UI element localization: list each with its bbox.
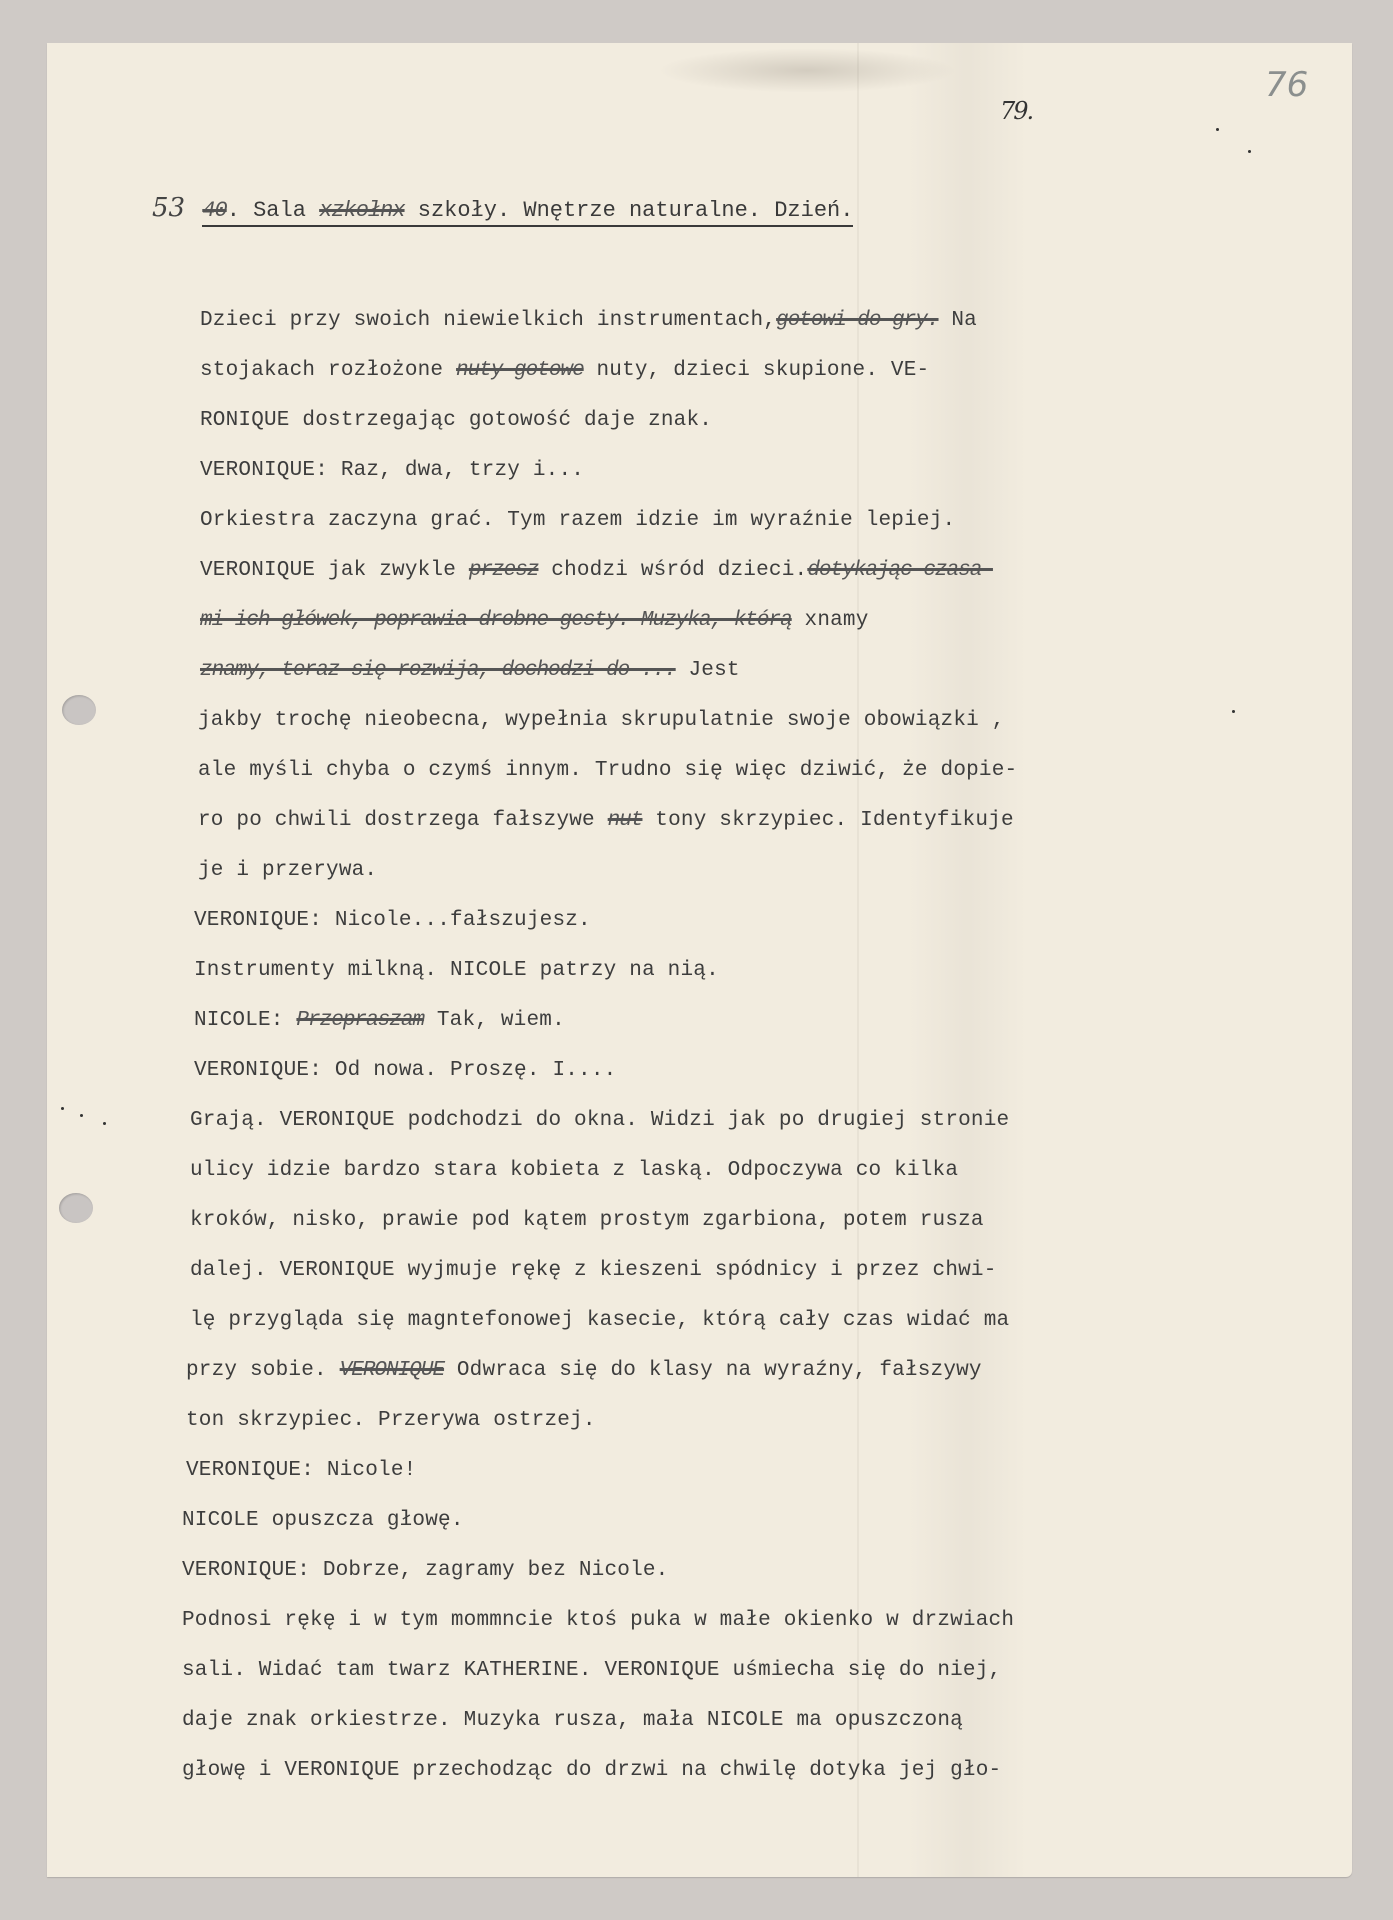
ink-speck [103,1122,106,1125]
line-text: dalej. VERONIQUE wyjmuje rękę z kieszeni… [190,1259,997,1282]
line-text: NICOLE opuszcza głowę. [182,1509,464,1532]
scene-heading: 53 40. Sala xzkołnx szkoły. Wnętrze natu… [152,193,853,223]
struck-text: gotowi do gry. [776,309,938,332]
line-text: RONIQUE dostrzegając gotowość daje znak. [200,409,712,432]
struck-scene-prefix: 40 [202,198,226,223]
line-text: głowę i VERONIQUE przechodząc do drzwi n… [182,1759,1001,1782]
line-text: VERONIQUE jak zwykle [200,559,469,582]
text-line: Dzieci przy swoich niewielkich instrumen… [200,296,1200,346]
text-line: przy sobie. VERONIQUE Odwraca się do kla… [186,1346,1200,1396]
line-text-post: chodzi wśród dzieci. [538,559,807,582]
ink-speck [1216,128,1219,131]
struck-text: nuty gotowe [456,359,584,382]
line-text: ton skrzypiec. Przerywa ostrzej. [186,1409,596,1432]
line-text: VERONIQUE: Nicole...fałszujesz. [194,909,591,932]
line-text-post: tony skrzypiec. Identyfikuje [642,809,1013,832]
struck-text: VERONIQUE [340,1359,444,1382]
ink-speck [1248,150,1251,153]
dialogue-line: NICOLE: Przepraszam Tak, wiem. [194,996,1200,1046]
text-line: RONIQUE dostrzegając gotowość daje znak. [200,396,1200,446]
text-line: ton skrzypiec. Przerywa ostrzej. [186,1396,1200,1446]
top-smudge [657,48,957,93]
line-text-post: nuty, dzieci skupione. VE- [584,359,930,382]
ink-speck [61,1107,64,1110]
line-text-post: Jest [676,659,740,682]
line-text: VERONIQUE: Raz, dwa, trzy i... [200,459,584,482]
text-line: jakby trochę nieobecna, wypełnia skrupul… [198,696,1200,746]
punch-hole-top [62,695,96,725]
line-text: ulicy idzie bardzo stara kobieta z laską… [190,1159,958,1182]
line-text: ale myśli chyba o czymś innym. Trudno si… [198,759,1017,782]
text-line: VERONIQUE jak zwykle przesz chodzi wśród… [200,546,1200,596]
text-line: sali. Widać tam twarz KATHERINE. VERONIQ… [182,1646,1200,1696]
line-text: ro po chwili dostrzega fałszywe [198,809,608,832]
text-line: ro po chwili dostrzega fałszywe nut tony… [198,796,1200,846]
line-text: Orkiestra zaczyna grać. Tym razem idzie … [200,509,955,532]
text-line: głowę i VERONIQUE przechodząc do drzwi n… [182,1746,1200,1796]
ink-speck [80,1114,83,1117]
struck-text: dotykając czasa- [807,559,993,582]
text-line: Orkiestra zaczyna grać. Tym razem idzie … [200,496,1200,546]
ink-speck [1232,710,1235,713]
line-text: jakby trochę nieobecna, wypełnia skrupul… [198,709,1005,732]
scene-heading-pre: . Sala [227,198,319,223]
line-text: VERONIQUE: Od nowa. Proszę. I.... [194,1059,616,1082]
line-text: Podnosi rękę i w tym mommncie ktoś puka … [182,1609,1014,1632]
text-line: daje znak orkiestrze. Muzyka rusza, mała… [182,1696,1200,1746]
text-line: je i przerywa. [198,846,1200,896]
dialogue-line: VERONIQUE: Od nowa. Proszę. I.... [194,1046,1200,1096]
line-text: VERONIQUE: Nicole! [186,1459,416,1482]
text-line: ale myśli chyba o czymś innym. Trudno si… [198,746,1200,796]
line-text: kroków, nisko, prawie pod kątem prostym … [190,1209,984,1232]
text-line: mi ich główek, poprawia drobne gesty. Mu… [200,596,1200,646]
struck-text: Przepraszam [296,1009,424,1032]
struck-text: znamy, teraz się rozwija, dochodzi do ..… [200,659,676,682]
text-line: znamy, teraz się rozwija, dochodzi do ..… [200,646,1200,696]
page-number-pencil: 76 [1265,65,1308,105]
text-line: Instrumenty milkną. NICOLE patrzy na nią… [194,946,1200,996]
text-line: Grają. VERONIQUE podchodzi do okna. Widz… [190,1096,1200,1146]
text-line: ulicy idzie bardzo stara kobieta z laską… [190,1146,1200,1196]
struck-text: nut [608,809,643,832]
line-text: sali. Widać tam twarz KATHERINE. VERONIQ… [182,1659,1001,1682]
text-line: kroków, nisko, prawie pod kątem prostym … [190,1196,1200,1246]
line-text-post: Na [939,309,977,332]
line-text: lę przygląda się magntefonowej kasecie, … [190,1309,1009,1332]
line-text: stojakach rozłożone [200,359,456,382]
struck-text: mi ich główek, poprawia drobne gesty. Mu… [200,609,792,632]
line-text: daje znak orkiestrze. Muzyka rusza, mała… [182,1709,963,1732]
line-text: Grają. VERONIQUE podchodzi do okna. Widz… [190,1109,1009,1132]
scene-heading-post: szkoły. Wnętrze naturalne. Dzień. [405,198,854,223]
line-text-post: Odwraca się do klasy na wyraźny, fałszyw… [444,1359,982,1382]
text-line: stojakach rozłożone nuty gotowe nuty, dz… [200,346,1200,396]
line-text: przy sobie. [186,1359,340,1382]
text-line: lę przygląda się magntefonowej kasecie, … [190,1296,1200,1346]
dialogue-line: VERONIQUE: Nicole! [186,1446,1200,1496]
dialogue-line: VERONIQUE: Raz, dwa, trzy i... [200,446,1200,496]
line-text: VERONIQUE: Dobrze, zagramy bez Nicole. [182,1559,668,1582]
text-line: Podnosi rękę i w tym mommncie ktoś puka … [182,1596,1200,1646]
line-text-post: xnamy [792,609,869,632]
struck-heading-word: xzkołnx [319,198,404,223]
line-text-post: Tak, wiem. [424,1009,565,1032]
text-line: dalej. VERONIQUE wyjmuje rękę z kieszeni… [190,1246,1200,1296]
scene-number: 53 [152,193,185,223]
line-text: je i przerywa. [198,859,377,882]
line-text: Dzieci przy swoich niewielkich instrumen… [200,309,776,332]
dialogue-line: VERONIQUE: Nicole...fałszujesz. [194,896,1200,946]
punch-hole-bottom [59,1193,93,1223]
line-text: Instrumenty milkną. NICOLE patrzy na nią… [194,959,719,982]
struck-text: przesz [469,559,539,582]
text-line: NICOLE opuszcza głowę. [182,1496,1200,1546]
dialogue-line: VERONIQUE: Dobrze, zagramy bez Nicole. [182,1546,1200,1596]
scene-heading-underlined: 40. Sala xzkołnx szkoły. Wnętrze natural… [202,198,853,227]
script-body: Dzieci przy swoich niewielkich instrumen… [200,296,1200,1796]
line-text: NICOLE: [194,1009,296,1032]
page-number-typed: 79. [1000,97,1032,125]
